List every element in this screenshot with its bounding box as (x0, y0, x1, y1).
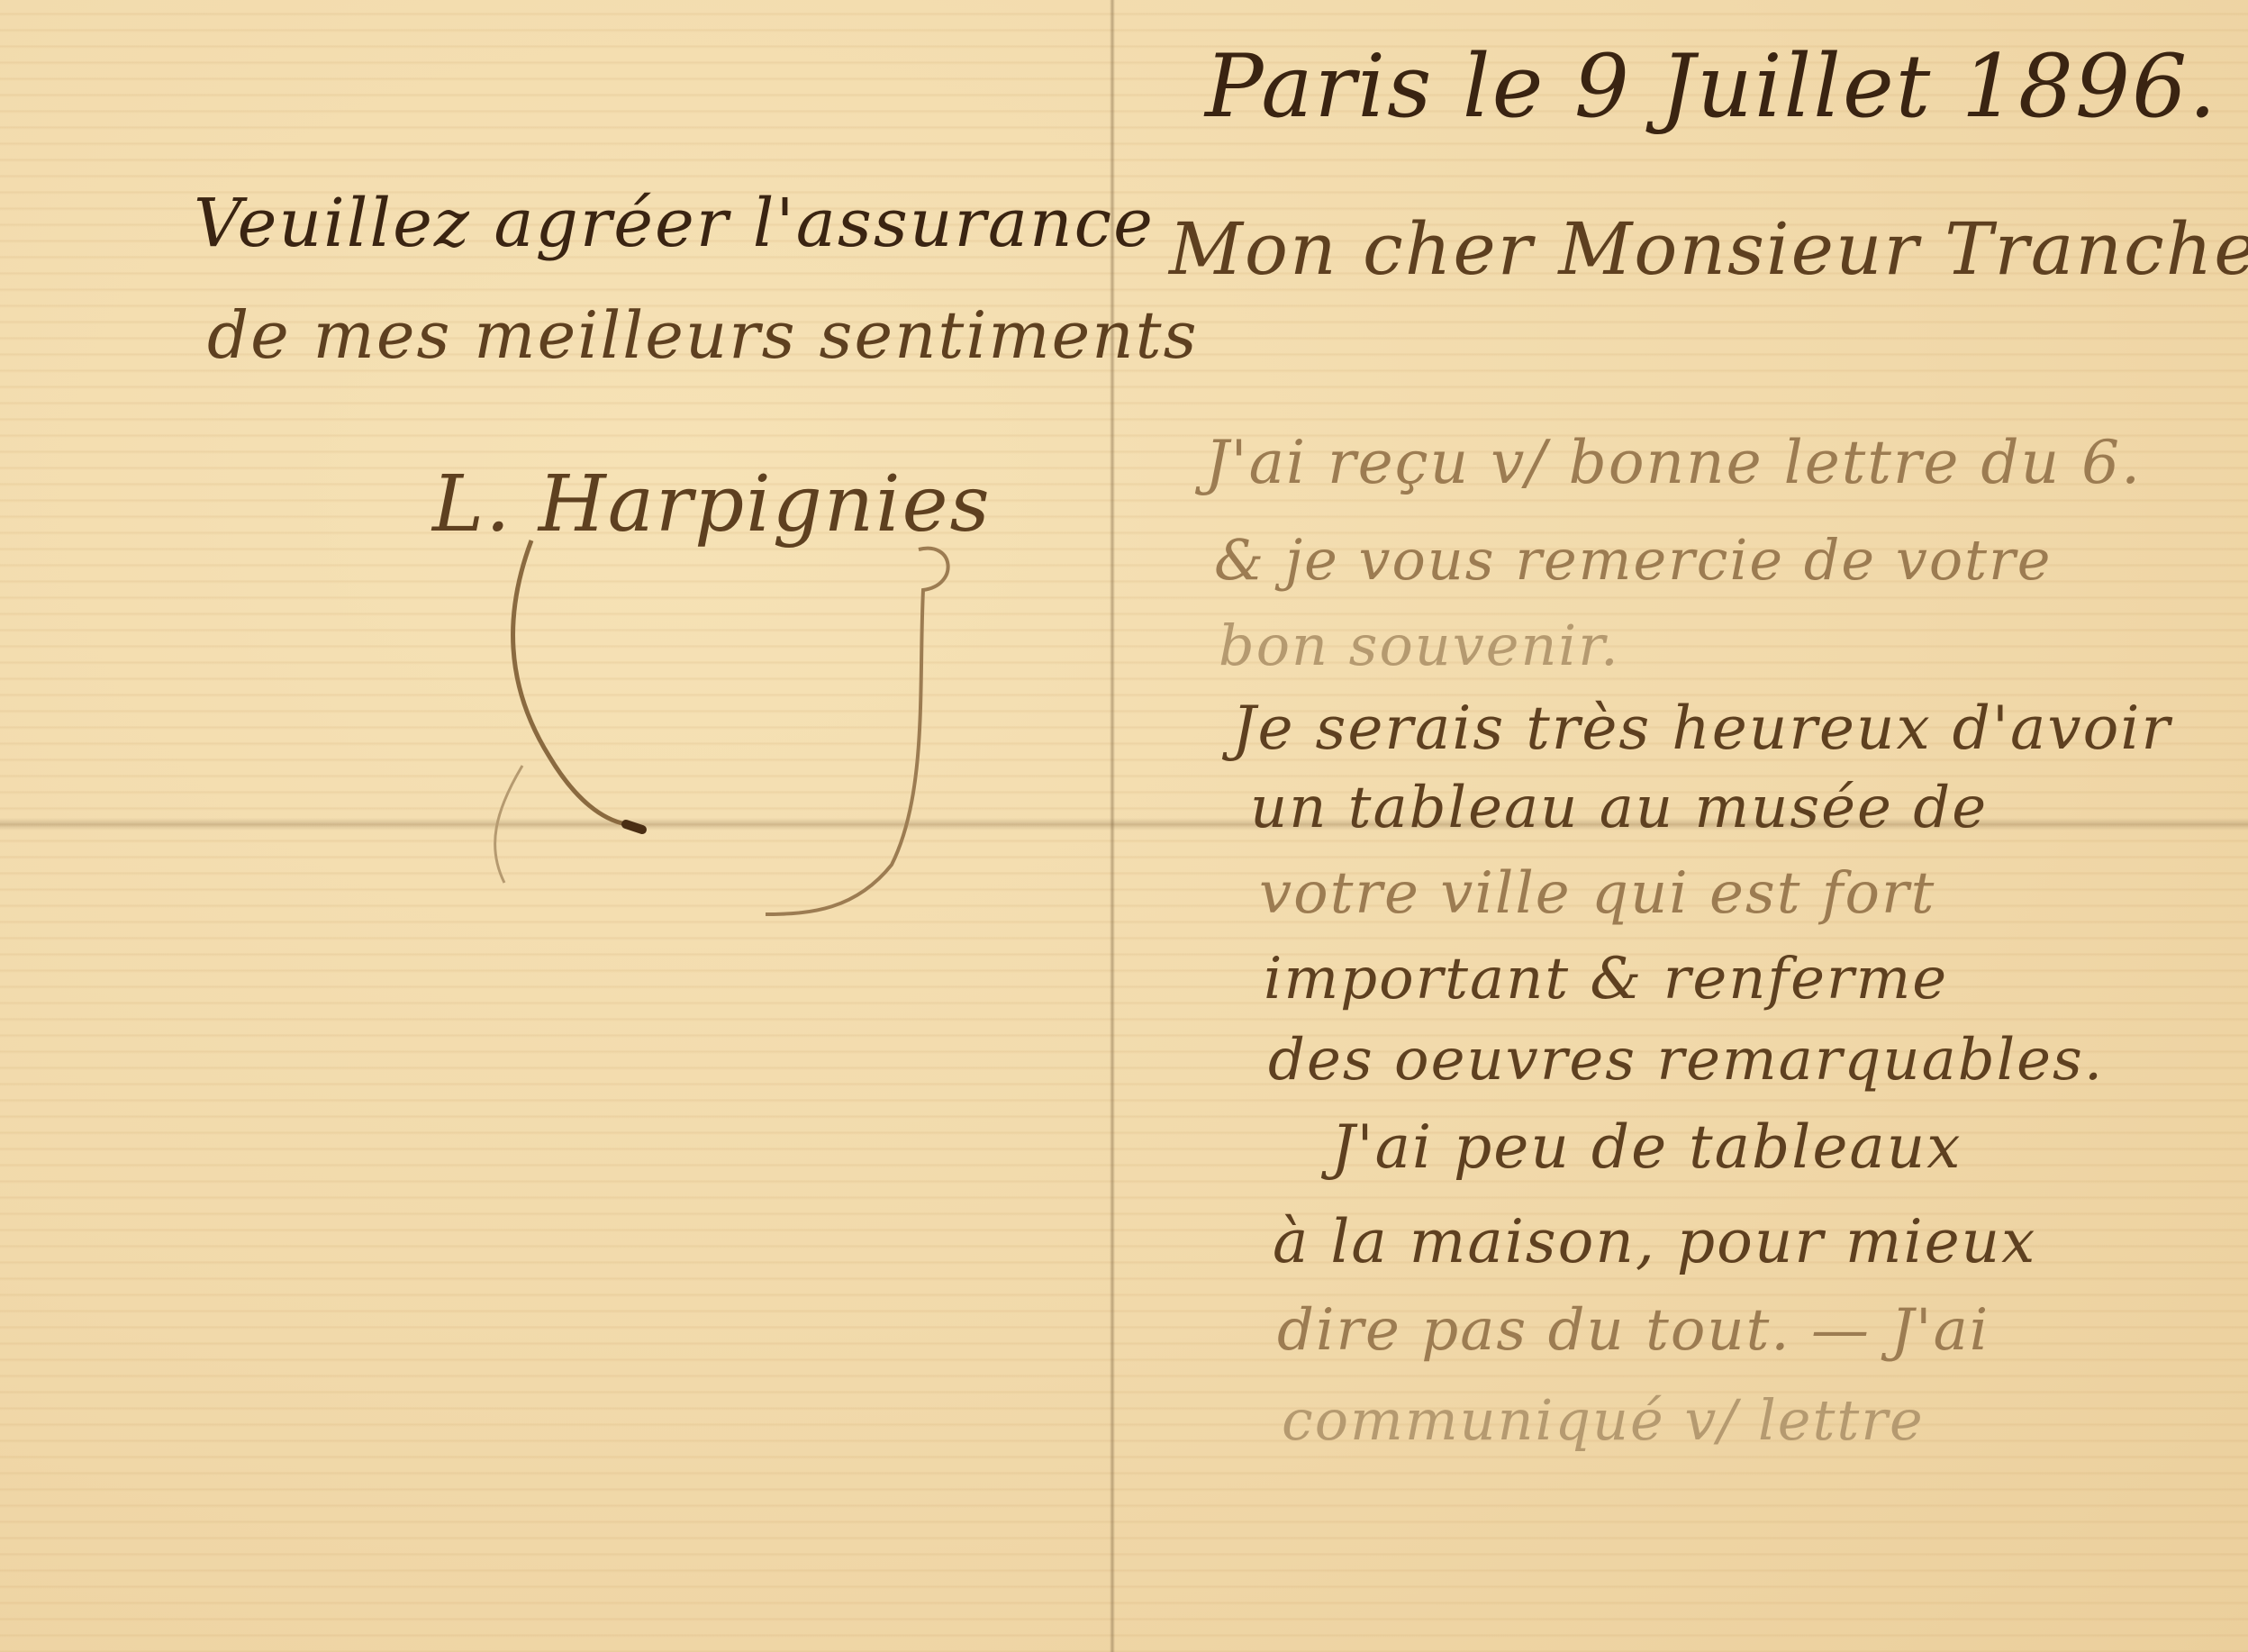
closing-line-1: Veuillez agréer l'assurance (194, 185, 1155, 262)
body-line-7: important & renferme (1264, 946, 1948, 1012)
right-page: Paris le 9 Juillet 1896. Mon cher Monsie… (1115, 0, 2248, 1652)
closing-line-2: de mes meilleurs sentiments (207, 297, 1199, 373)
body-line-5: un tableau au musée de (1250, 775, 1988, 841)
body-line-10: à la maison, pour mieux (1273, 1207, 2036, 1276)
body-line-11: dire pas du tout. — J'ai (1277, 1297, 1990, 1364)
body-line-1: J'ai reçu v/ bonne lettre du 6. (1205, 428, 2142, 497)
body-line-4: Je serais très heureux d'avoir (1232, 694, 2171, 763)
body-line-2: & je vous remercie de votre (1214, 527, 2052, 593)
salutation: Mon cher Monsieur Tranchetau (1169, 207, 2248, 291)
body-line-12: communiqué v/ lettre (1282, 1387, 1925, 1453)
body-line-8: des oeuvres remarquables. (1268, 1027, 2104, 1094)
signature-flourish-icon (468, 504, 973, 919)
body-line-9: J'ai peu de tableaux (1331, 1112, 1962, 1182)
dateline: Paris le 9 Juillet 1896. (1205, 36, 2218, 137)
body-line-3: bon souvenir. (1219, 613, 1620, 678)
letter-sheet: Veuillez agréer l'assurance de mes meill… (0, 0, 2248, 1652)
left-page: Veuillez agréer l'assurance de mes meill… (0, 0, 1115, 1652)
body-line-6: votre ville qui est fort (1259, 860, 1935, 927)
